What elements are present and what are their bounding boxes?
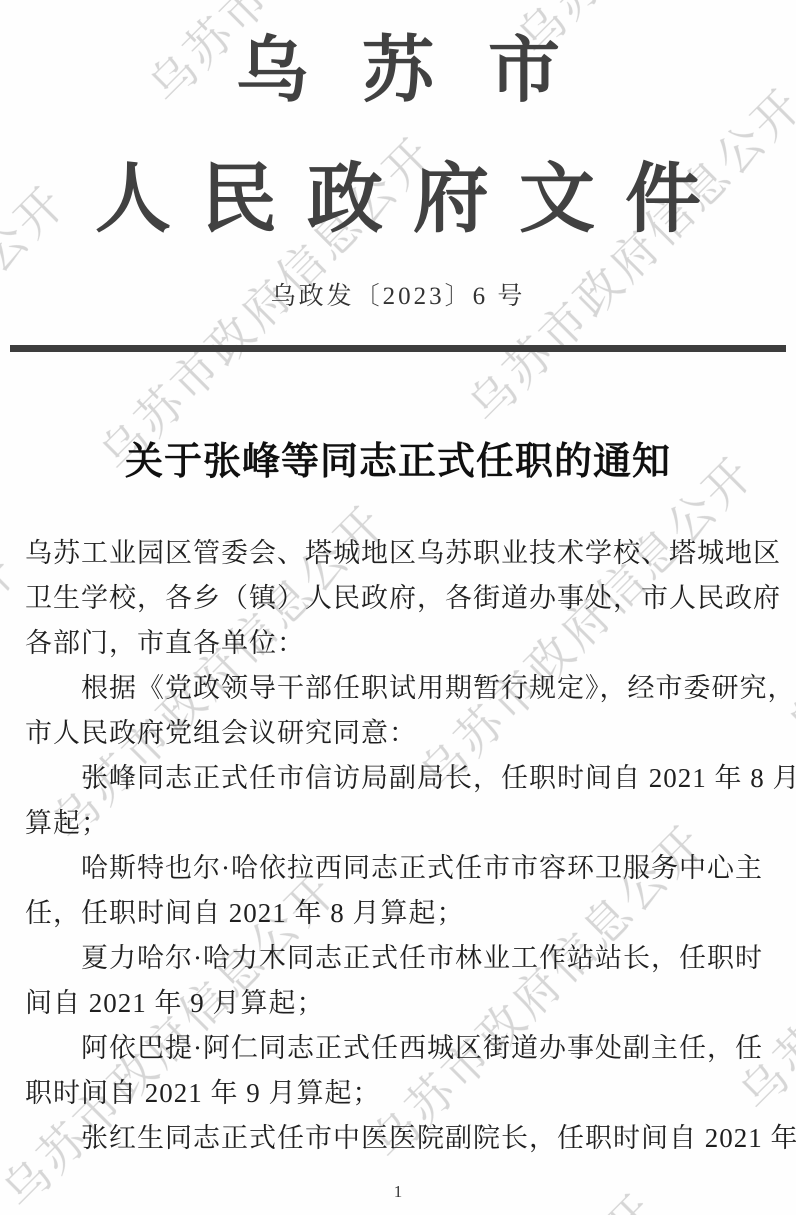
body-line: 算起； (25, 801, 783, 846)
body-line: 间自 2021 年 9 月算起； (25, 981, 783, 1026)
page-number: 1 (0, 1182, 796, 1202)
body-line: 任，任职时间自 2021 年 8 月算起； (25, 891, 783, 936)
body-line: 哈斯特也尔·哈依拉西同志正式任市市容环卫服务中心主 (25, 846, 783, 891)
document-body: 乌苏工业园区管委会、塔城地区乌苏职业技术学校、塔城地区 卫生学校，各乡（镇）人民… (25, 531, 783, 1161)
body-line: 乌苏工业园区管委会、塔城地区乌苏职业技术学校、塔城地区 (25, 531, 783, 576)
body-line: 张红生同志正式任市中医医院副院长，任职时间自 2021 年 (25, 1116, 783, 1161)
document-page: 乌苏市政府信息公开 乌苏市政府信息公开 乌苏市政府信息公开 乌苏市 人民政府文件… (0, 0, 796, 1215)
issuer-name-line1-text: 乌苏市 (236, 12, 614, 116)
body-line: 张峰同志正式任市信访局副局长，任职时间自 2021 年 8 月 (25, 756, 783, 801)
document-number: 乌政发〔2023〕6 号 (0, 276, 796, 312)
issuer-name-line1: 乌苏市 (0, 12, 796, 116)
body-line: 卫生学校，各乡（镇）人民政府，各街道办事处，市人民政府 (25, 576, 783, 621)
issuer-name-line2-text: 人民政府文件 (95, 138, 731, 247)
header-divider (10, 345, 786, 352)
document-title: 关于张峰等同志正式任职的通知 (0, 430, 796, 485)
body-line: 职时间自 2021 年 9 月算起； (25, 1071, 783, 1116)
body-line: 市人民政府党组会议研究同意： (25, 711, 783, 756)
document-content: 乌苏市 人民政府文件 乌政发〔2023〕6 号 关于张峰等同志正式任职的通知 乌… (0, 0, 796, 1215)
body-line: 夏力哈尔·哈力木同志正式任市林业工作站站长，任职时 (25, 936, 783, 981)
issuer-name-line2: 人民政府文件 (0, 138, 796, 247)
body-line: 各部门，市直各单位： (25, 621, 783, 666)
body-line: 阿依巴提·阿仁同志正式任西城区街道办事处副主任，任 (25, 1026, 783, 1071)
body-line: 根据《党政领导干部任职试用期暂行规定》，经市委研究， (25, 666, 783, 711)
